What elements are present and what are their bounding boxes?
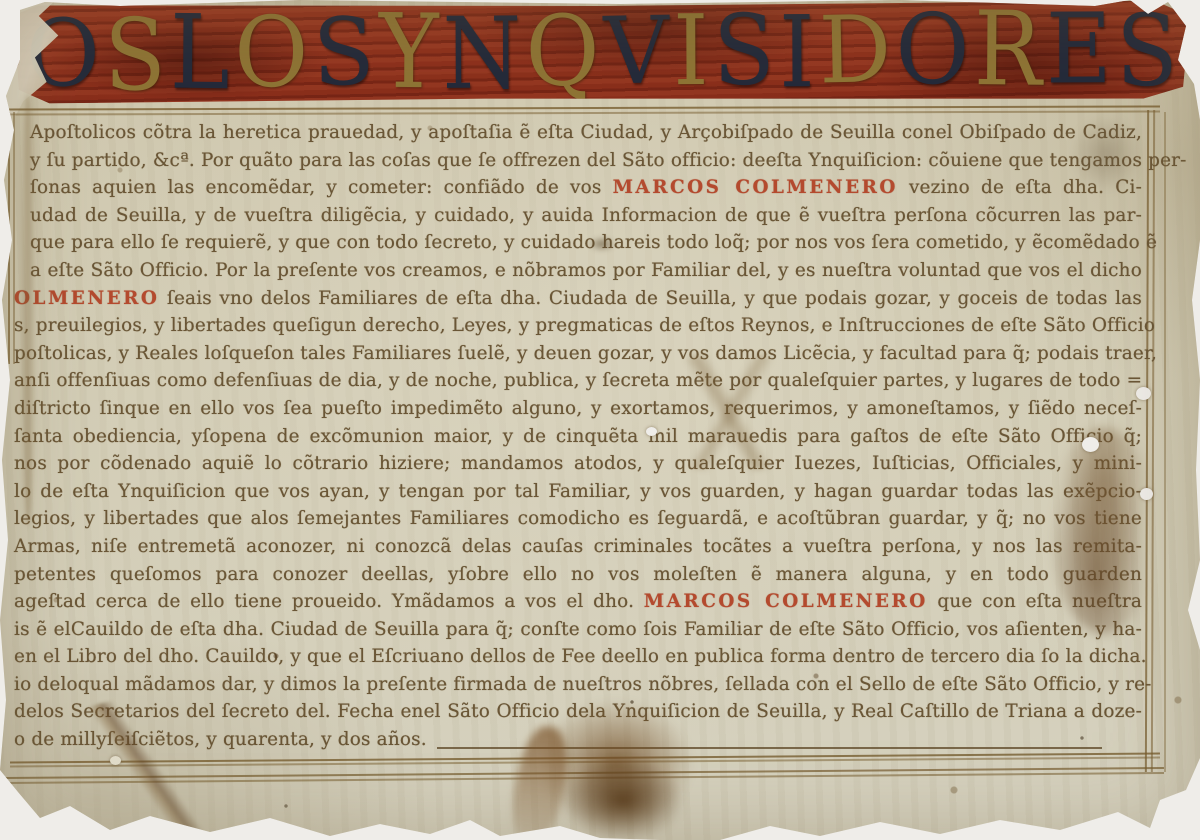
text-segment: anſi offenſiuas como defenſiuas de dia, … [14,370,1142,391]
text-line: y ſu partido, &cª. Por quãto para las co… [14,147,1142,175]
text-segment: Apoſtolicos cõtra la heretica prauedad, … [30,122,1142,143]
text-line: nos por cõdenado aquiẽ lo cõtrario hizie… [14,450,1142,478]
text-line: poſtolicas, y Reales loſqueſon tales Fam… [14,340,1142,368]
text-segment: Armas, niſe entremetã aconozer, ni conoz… [14,536,1142,557]
text-line: io deloqual mãdamos dar, y dimos la preſ… [14,671,1142,699]
text-segment: que con eſta nueſtra [928,591,1142,612]
text-line: ſonas aquien las encomẽdar, y cometer: c… [14,174,1142,202]
text-line: anſi offenſiuas como defenſiuas de dia, … [14,367,1142,395]
banner-letter: S [1116,0,1178,105]
text-segment: y ſu partido, &cª. Por quãto para las co… [30,150,1187,171]
text-segment: nos por cõdenado aquiẽ lo cõtrario hizie… [14,453,1142,474]
text-line: ageſtad cerca de ello tiene proueido. Ym… [14,588,1142,616]
text-line: legios, y libertades que alos ſemejantes… [14,505,1142,533]
text-line: Apoſtolicos cõtra la heretica prauedad, … [14,119,1142,147]
text-line: diſtricto ſinque en ello vos ſea pueſto … [14,395,1142,423]
banner-letter: Y [378,0,438,108]
worm-hole [110,756,121,765]
parchment-sheet: OSLOSYNQVISIDORES Apoſtolicos cõtra la h… [0,0,1200,840]
text-segment: en el Libro del dho. Cauildo, y que el E… [14,646,1147,667]
text-segment: que para ello ſe requierẽ, y que con tod… [30,232,1157,253]
text-line: en el Libro del dho. Cauildo, y que el E… [14,643,1142,671]
text-segment: lo de eſta Ynquiſicion que vos ayan, y t… [14,481,1142,502]
text-segment: ageſtad cerca de ello tiene proueido. Ym… [14,591,644,612]
banner-letter: O [895,0,969,103]
text-segment: a eſte Sãto Officio. Por la preſente vos… [30,260,1142,281]
text-line: Armas, niſe entremetã aconozer, ni conoz… [14,533,1142,561]
text-line: OLMENERO ſeais vno delos Familiares de e… [14,285,1142,313]
inserted-name-red: OLMENERO [14,288,159,309]
text-segment: ſeais vno delos Familiares de eſta dha. … [159,288,1142,309]
banner-band: OSLOSYNQVISIDORES [14,0,1190,103]
border-rule-bottom-upper [10,752,1160,767]
border-rule-top [6,105,1160,115]
text-segment: ſonas aquien las encomẽdar, y cometer: c… [30,177,613,198]
worm-hole [1140,488,1153,500]
text-segment: udad de Seuilla, y de vueſtra diligẽcia,… [30,205,1142,226]
text-line: que para ello ſe requierẽ, y que con tod… [14,229,1142,257]
text-line: is ẽ elCauildo de eſta dha. Ciudad de Se… [14,616,1142,644]
text-line: udad de Seuilla, y de vueſtra diligẽcia,… [14,202,1142,230]
text-segment: o de millyſeiſciẽtos, y quarenta, y dos … [14,726,427,754]
banner-letter: S [713,0,775,103]
worm-hole [1082,437,1099,452]
text-segment: poſtolicas, y Reales loſqueſon tales Fam… [14,343,1157,364]
text-segment: delos Secretarios del ſecreto del. Fecha… [14,701,1142,722]
border-rule-right [1145,110,1155,772]
banner-letter: Q [525,0,599,104]
text-segment: diſtricto ſinque en ello vos ſea pueſto … [14,398,1142,419]
inserted-name-red: MARCOS COLMENERO [613,177,898,198]
banner-letter: L [170,0,230,109]
text-line: s, preuilegios, y libertades queſigun de… [14,312,1142,340]
text-segment: vezino de eſta dha. Ci- [898,177,1142,198]
banner-letters: OSLOSYNQVISIDORES [14,1,1190,102]
banner-letter: S [312,3,375,103]
banner-letter: I [779,0,815,106]
text-segment: ſanta obediencia, yſopena de excõmunion … [14,426,1142,447]
worm-hole [1136,387,1151,400]
banner-letter: S [104,3,166,109]
text-line: lo de eſta Ynquiſicion que vos ayan, y t… [14,478,1142,506]
document-lines: Apoſtolicos cõtra la heretica prauedad, … [14,119,1142,754]
banner-letter: I [673,0,709,104]
text-line: o de millyſeiſciẽtos, y quarenta, y dos … [14,726,1142,754]
banner-letter: R [974,0,1042,105]
text-segment: s, preuilegios, y libertades queſigun de… [14,315,1155,336]
text-line: delos Secretarios del ſecreto del. Fecha… [14,698,1142,726]
text-segment: is ẽ elCauildo de eſta dha. Ciudad de Se… [14,619,1142,640]
border-rule-right-outer [1164,112,1167,772]
text-line: a eſte Sãto Officio. Por la preſente vos… [14,257,1142,285]
worm-hole [646,427,657,436]
stain-bottom-dark-core [562,758,684,840]
text-segment: io deloqual mãdamos dar, y dimos la preſ… [14,674,1152,695]
text-segment: petentes queſomos para conozer deellas, … [14,564,1142,585]
banner-letter: O [234,1,308,105]
banner-letter: E [1046,0,1112,102]
text-segment: legios, y libertades que alos ſemejantes… [14,508,1142,529]
banner-letter: N [442,2,521,108]
banner-letter: D [818,1,892,101]
text-line: ſanta obediencia, yſopena de excõmunion … [14,423,1142,451]
inserted-name-red: MARCOS COLMENERO [644,591,928,612]
blank-rule-line [437,726,1102,749]
border-rule-bottom-lower [4,767,1164,784]
text-line: petentes queſomos para conozer deellas, … [14,561,1142,589]
banner-letter: V [603,2,670,102]
